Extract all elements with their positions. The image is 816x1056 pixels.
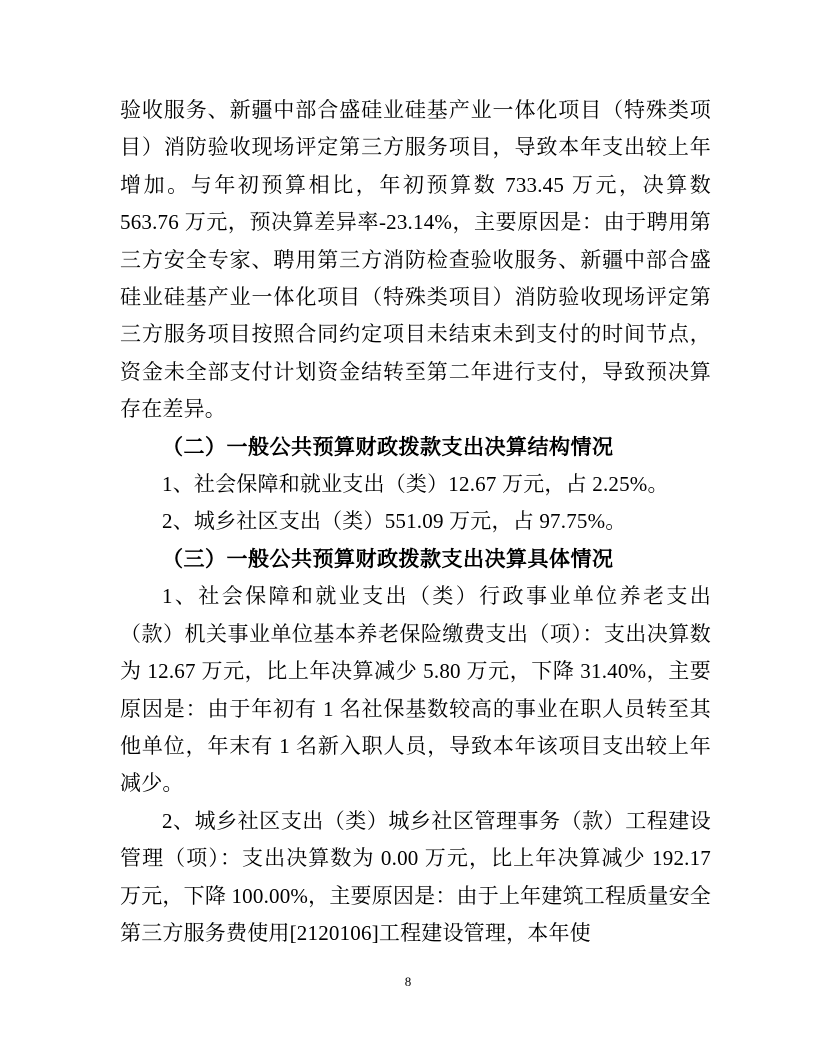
page-number: 8 xyxy=(0,974,816,990)
paragraph: 2、城乡社区支出（类）城乡社区管理事务（款）工程建设管理（项）：支出决算数为 0… xyxy=(120,803,711,953)
section-heading: （三）一般公共预算财政拨款支出决算具体情况 xyxy=(120,541,711,578)
document-body: 验收服务、新疆中部合盛硅业硅基产业一体化项目（特殊类项目）消防验收现场评定第三方… xyxy=(120,92,711,952)
section-heading: （二）一般公共预算财政拨款支出决算结构情况 xyxy=(120,429,711,466)
paragraph: 1、社会保障和就业支出（类）12.67 万元，占 2.25%。 xyxy=(120,466,711,503)
paragraph: 2、城乡社区支出（类）551.09 万元，占 97.75%。 xyxy=(120,503,711,540)
document-page: 验收服务、新疆中部合盛硅业硅基产业一体化项目（特殊类项目）消防验收现场评定第三方… xyxy=(0,0,816,1056)
paragraph: 1、社会保障和就业支出（类）行政事业单位养老支出（款）机关事业单位基本养老保险缴… xyxy=(120,578,711,802)
paragraph: 验收服务、新疆中部合盛硅业硅基产业一体化项目（特殊类项目）消防验收现场评定第三方… xyxy=(120,92,711,429)
